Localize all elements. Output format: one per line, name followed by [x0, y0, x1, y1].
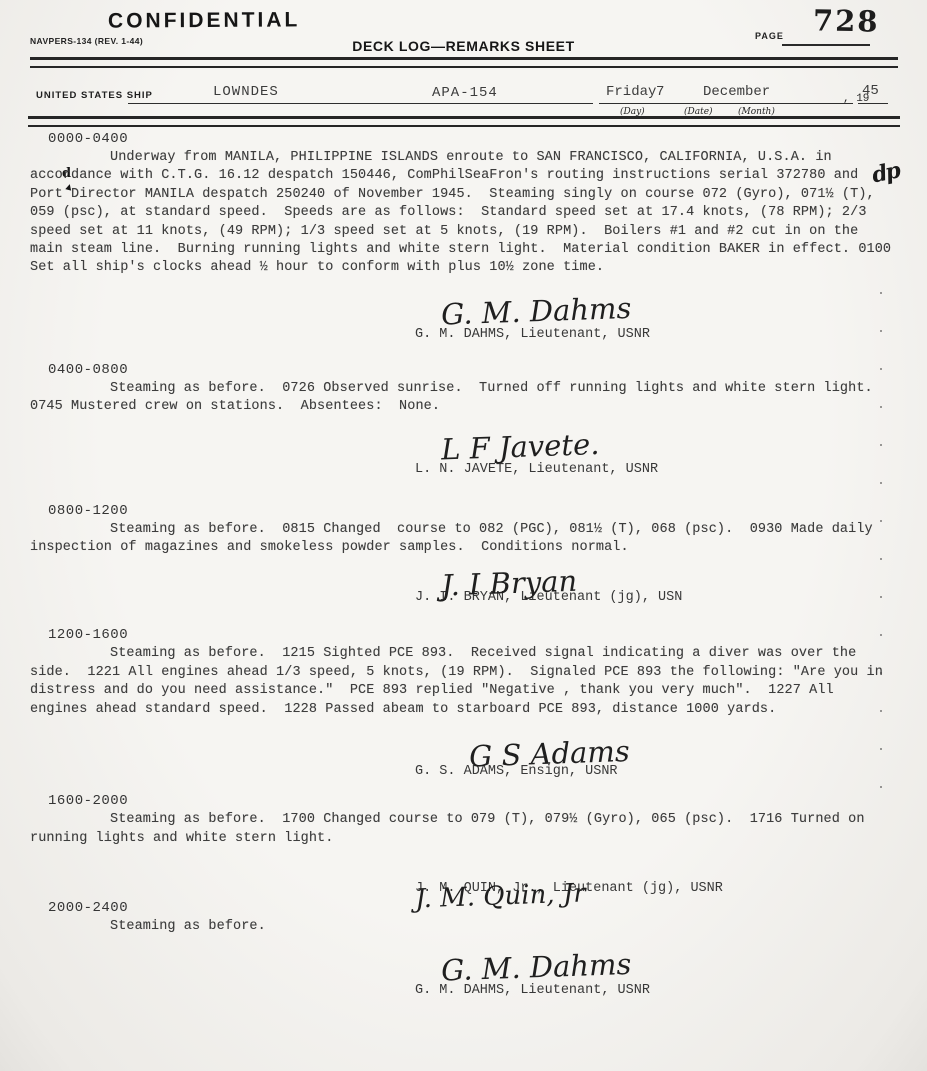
year-value: 45 — [862, 83, 879, 99]
entry-text: Steaming as before. 0726 Observed sunris… — [30, 380, 898, 417]
log-entry-0000-0400: 0000-0400 Underway from MANILA, PHILIPPI… — [30, 131, 898, 344]
log-entry-0800-1200: 0800-1200 Steaming as before. 0815 Chang… — [30, 503, 898, 608]
page-number: 728 — [813, 3, 880, 38]
watch-period: 1600-2000 — [30, 793, 898, 809]
watch-period: 0400-0800 — [30, 362, 898, 378]
document-title: DECK LOG—REMARKS SHEET — [0, 38, 927, 54]
year-underline — [858, 103, 888, 104]
signature-block: L F Javete. L. N. JAVETE, Lieutenant, US… — [415, 423, 898, 479]
subheader-rule — [28, 116, 900, 127]
log-entry-1600-2000: 1600-2000 Steaming as before. 1700 Chang… — [30, 793, 898, 898]
signature-block: G. M. Dahms G. M. DAHMS, Lieutenant, USN… — [415, 288, 898, 344]
ship-underline — [128, 103, 593, 104]
entry-text: Steaming as before. 1700 Changed course … — [30, 811, 898, 848]
entry-text: Steaming as before. — [30, 918, 898, 936]
date-day-name: Friday — [606, 84, 656, 100]
signature-block: J. I Bryan J. I. BRYAN, Lieutenant (jg),… — [415, 559, 898, 607]
signature-block: G. M. Dahms G. M. DAHMS, Lieutenant, USN… — [415, 944, 898, 1000]
date-month: December — [703, 84, 770, 100]
header-rule — [30, 57, 898, 68]
date-number: 7 — [656, 84, 664, 100]
log-entry-1200-1600: 1200-1600 Steaming as before. 1215 Sight… — [30, 627, 898, 781]
signature-block: G S Adams G. S. ADAMS, Ensign, USNR — [415, 731, 898, 781]
watch-period: 0000-0400 — [30, 131, 898, 147]
ship-label: UNITED STATES SHIP — [36, 90, 153, 101]
entry-text: Steaming as before. 0815 Changed course … — [30, 521, 898, 558]
deck-log-remarks-sheet: { "form": { "classification": "CONFIDENT… — [0, 0, 927, 1071]
classification-stamp: CONFIDENTIAL — [108, 8, 300, 33]
ship-name: LOWNDES — [213, 84, 279, 100]
date-underline — [599, 103, 853, 104]
watch-period: 1200-1600 — [30, 627, 898, 643]
entry-text: Underway from MANILA, PHILIPPINE ISLANDS… — [30, 149, 898, 278]
watch-period: 0800-1200 — [30, 503, 898, 519]
log-entries: 0000-0400 Underway from MANILA, PHILIPPI… — [30, 131, 898, 1000]
hull-number: APA-154 — [432, 85, 498, 101]
signature-block: J. M. Quin, Jr J. M. QUIN, Jr., Lieutena… — [415, 872, 898, 898]
log-entry-0400-0800: 0400-0800 Steaming as before. 0726 Obser… — [30, 362, 898, 479]
entry-text: Steaming as before. 1215 Sighted PCE 893… — [30, 645, 898, 719]
